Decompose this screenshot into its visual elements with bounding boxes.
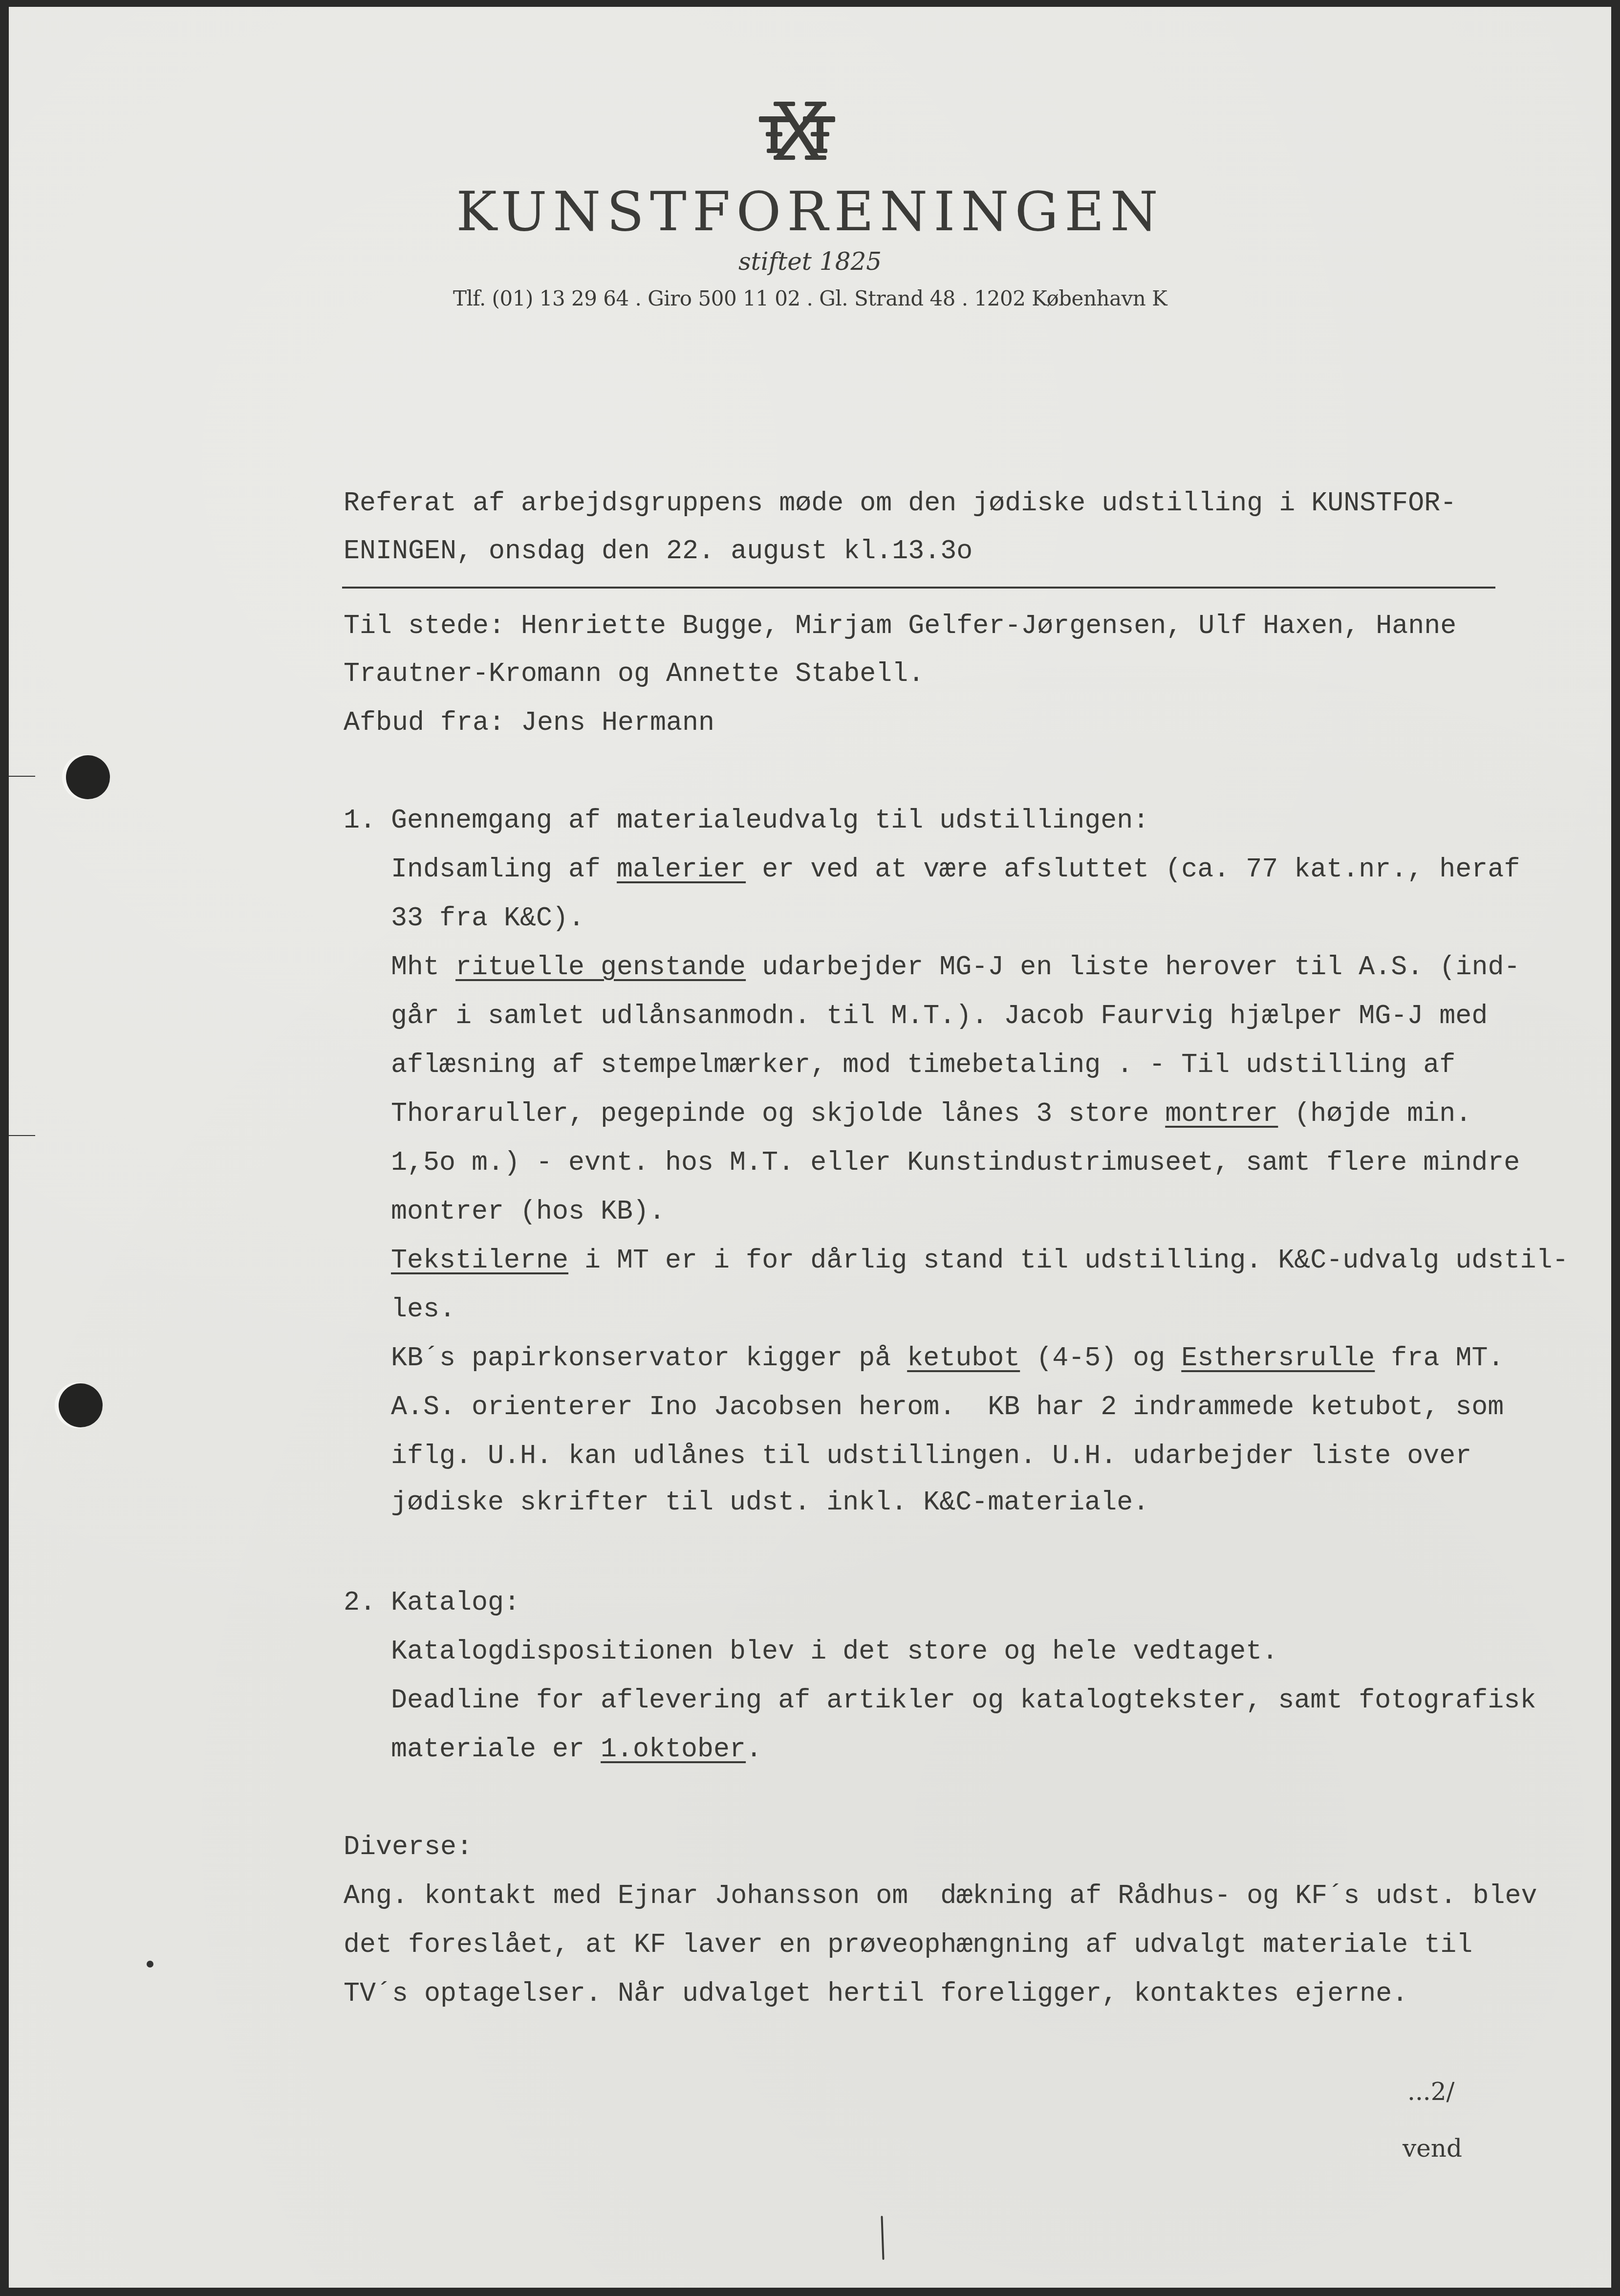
item-1-number: 1.: [344, 807, 376, 834]
underlined-term: rituelle genstande: [455, 952, 746, 983]
kf-monogram-icon: [754, 98, 840, 163]
text-span: er ved at være afsluttet (ca. 77 kat.nr.…: [746, 854, 1520, 885]
underlined-term: Esthersrulle: [1181, 1343, 1375, 1374]
item-1-line: KB´s papirkonservator kigger på ketubot …: [391, 1345, 1504, 1372]
item-1-line: 33 fra K&C).: [391, 905, 584, 932]
margin-tick-mark: [9, 1135, 35, 1136]
organization-name: KUNSTFORENINGEN: [0, 185, 1620, 239]
text-span: Indsamling af: [391, 854, 617, 885]
contact-address: Tlf. (01) 13 29 64 . Giro 500 11 02 . Gl…: [0, 288, 1620, 309]
misc-heading: Diverse:: [344, 1834, 473, 1860]
text-span: i MT er i for dårlig stand til udstillin…: [568, 1245, 1568, 1276]
text-span: .: [746, 1734, 762, 1765]
text-span: (højde min.: [1278, 1098, 1471, 1129]
item-2-line: Katalogdispositionen blev i det store og…: [391, 1638, 1278, 1665]
title-underline-rule: [342, 587, 1495, 589]
text-span: fra MT.: [1375, 1343, 1504, 1374]
item-1-line: Thoraruller, pegepinde og skjolde lånes …: [391, 1100, 1471, 1127]
misc-line: det foreslået, at KF laver en prøveophæn…: [344, 1931, 1472, 1958]
text-span: (4-5) og: [1020, 1343, 1181, 1374]
item-1-line: Indsamling af malerier er ved at være af…: [391, 856, 1520, 883]
item-1-line: aflæsning af stempelmærker, mod timebeta…: [391, 1051, 1455, 1078]
attendees-line-2: Trautner-Kromann og Annette Stabell.: [344, 660, 924, 687]
ink-dot: [147, 1961, 153, 1968]
item-1-line: 1,5o m.) - evnt. hos M.T. eller Kunstind…: [391, 1149, 1520, 1176]
attendees-line-1: Til stede: Henriette Bugge, Mirjam Gelfe…: [344, 612, 1456, 639]
underlined-term: montrer: [1165, 1098, 1278, 1129]
text-span: materiale er: [391, 1734, 601, 1765]
margin-tick-mark: [9, 776, 35, 777]
underlined-term: malerier: [617, 854, 746, 885]
turn-page-note: vend: [1403, 2136, 1462, 2161]
item-1-line: jødiske skrifter til udst. inkl. K&C-mat…: [391, 1489, 1149, 1516]
item-1-line: A.S. orienterer Ino Jacobsen herom. KB h…: [391, 1394, 1504, 1421]
text-span: Mht: [391, 952, 455, 983]
item-2-line: materiale er 1.oktober.: [391, 1736, 762, 1763]
item-2-heading: Katalog:: [391, 1589, 520, 1616]
founded-year: stiftet 1825: [0, 249, 1620, 274]
item-2-line: Deadline for aflevering af artikler og k…: [391, 1687, 1536, 1714]
underlined-term: ketubot: [907, 1343, 1020, 1374]
item-1-line: iflg. U.H. kan udlånes til udstillingen.…: [391, 1443, 1471, 1469]
minutes-title-line-1: Referat af arbejdsgruppens møde om den j…: [344, 490, 1456, 517]
misc-line: TV´s optagelser. Når udvalget hertil for…: [344, 1980, 1408, 2007]
misc-line: Ang. kontakt med Ejnar Johansson om dækn…: [344, 1882, 1537, 1909]
continued-marker: ...2/: [1407, 2079, 1454, 2104]
underlined-term: Tekstilerne: [391, 1245, 568, 1276]
punch-hole-bottom: [59, 1383, 103, 1427]
text-span: Thoraruller, pegepinde og skjolde lånes …: [391, 1098, 1165, 1129]
item-1-line: les.: [391, 1296, 455, 1323]
item-1-line: går i samlet udlånsanmodn. til M.T.). Ja…: [391, 1003, 1488, 1029]
item-1-line: montrer (hos KB).: [391, 1198, 665, 1225]
underlined-term: 1.oktober: [601, 1734, 746, 1765]
item-1-heading: Gennemgang af materialeudvalg til udstil…: [391, 807, 1149, 834]
item-1-line: Mht rituelle genstande udarbejder MG-J e…: [391, 954, 1520, 981]
minutes-title-line-2: ENINGEN, onsdag den 22. august kl.13.3o: [344, 538, 972, 565]
text-span: udarbejder MG-J en liste herover til A.S…: [746, 952, 1520, 983]
punch-hole-top: [66, 755, 110, 799]
item-2-number: 2.: [344, 1589, 376, 1616]
absentees-line: Afbud fra: Jens Hermann: [344, 709, 714, 736]
text-span: KB´s papirkonservator kigger på: [391, 1343, 907, 1374]
item-1-line: Tekstilerne i MT er i for dårlig stand t…: [391, 1247, 1568, 1274]
